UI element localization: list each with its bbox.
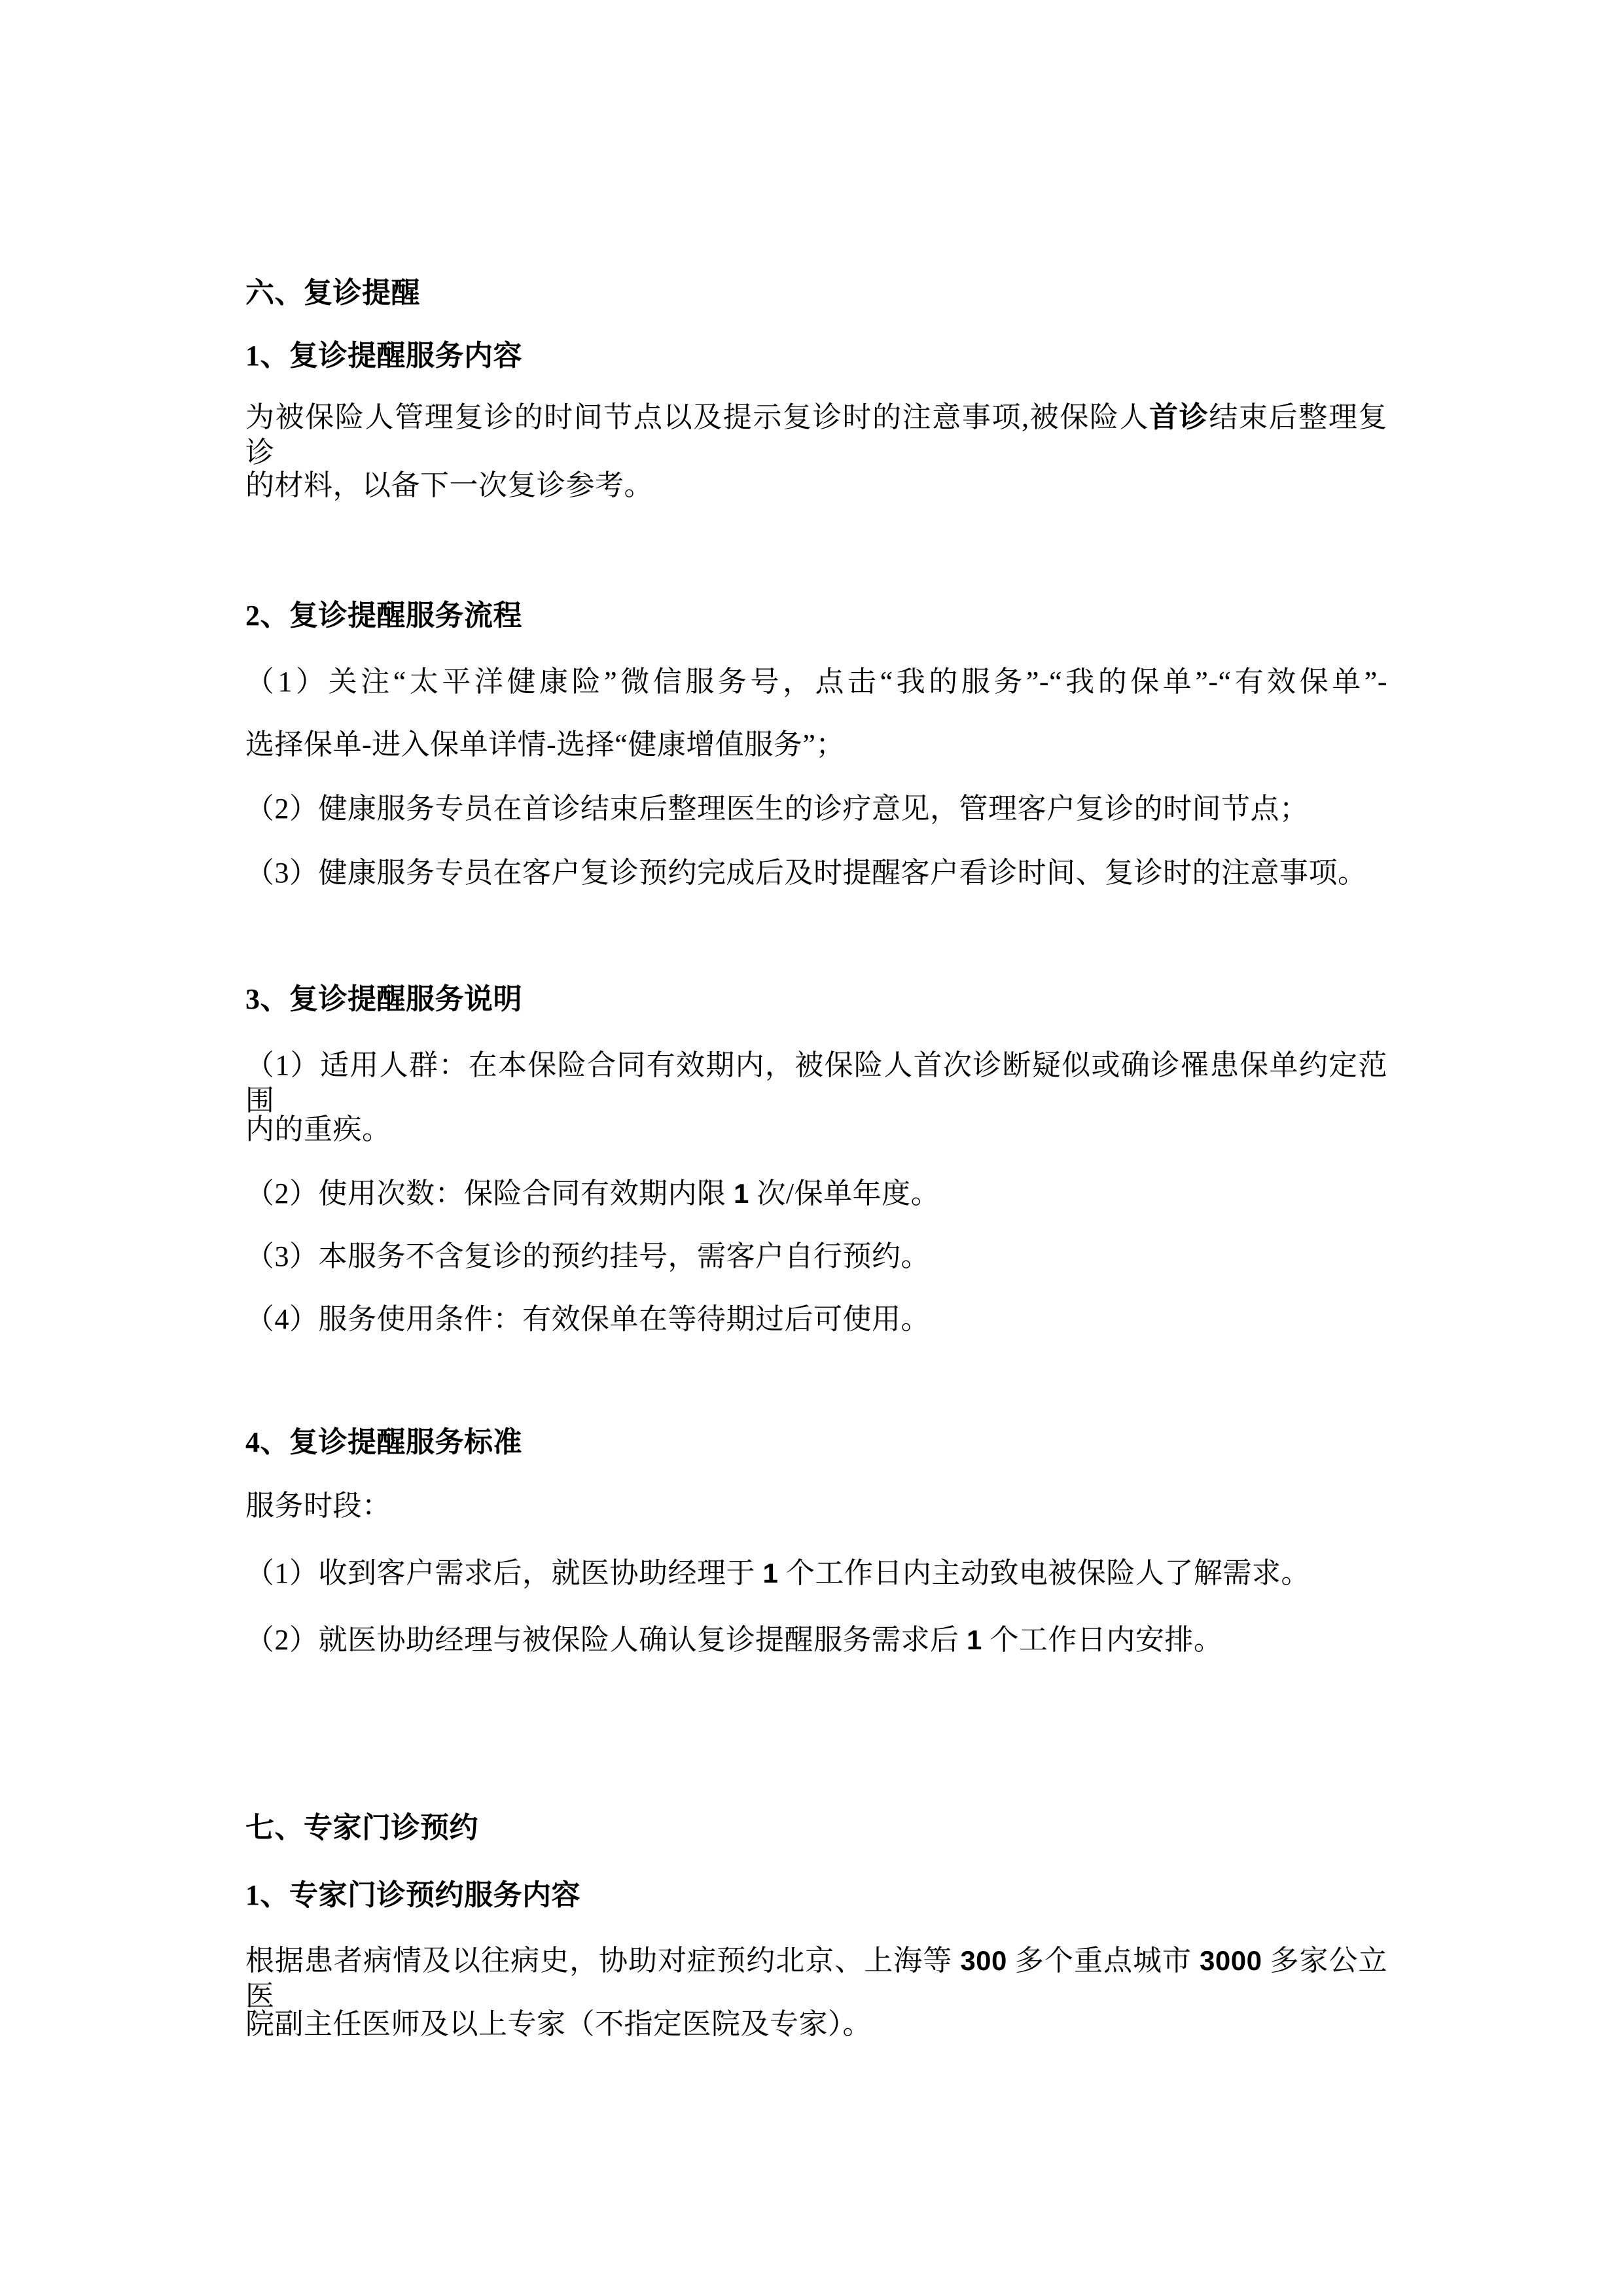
text-run: 根据患者病情及以往病史，协助对症预约北京、上海等 — [245, 1945, 960, 1977]
text-run: （2）使用次数：保险合同有效期内限 — [245, 1177, 734, 1210]
section-6-heading: 六、复诊提醒 — [245, 276, 1387, 311]
list-item-line: （1）适用人群：在本保险合同有效期内，被保险人首次诊断疑似或确诊罹患保单约定范围 — [245, 1048, 1387, 1119]
section-6-sub-3-heading: 3、复诊提醒服务说明 — [245, 982, 1387, 1017]
paragraph-line: 服务时段： — [245, 1488, 1387, 1524]
section-6-sub-1-heading: 1、复诊提醒服务内容 — [245, 338, 1387, 374]
text-run: （2）就医协助经理与被保险人确认复诊提醒服务需求后 — [245, 1624, 967, 1656]
list-item-line: （3）本服务不含复诊的预约挂号，需客户自行预约。 — [245, 1239, 1387, 1274]
document-page: { "page": { "background": "#ffffff", "te… — [0, 0, 1623, 2296]
list-item-line: 选择保单-进入保单详情-选择“健康增值服务”； — [245, 727, 1387, 762]
text-run: 次/保单年度。 — [749, 1177, 940, 1210]
paragraph-line: 根据患者病情及以往病史，协助对症预约北京、上海等 300 多个重点城市 3000… — [245, 1943, 1387, 2014]
paragraph-line: 院副主任医师及以上专家（不指定医院及专家）。 — [245, 2007, 1387, 2042]
text-run: 多个重点城市 — [1007, 1945, 1200, 1977]
list-item-line: （2）健康服务专员在首诊结束后整理医生的诊疗意见，管理客户复诊的时间节点； — [245, 791, 1387, 827]
section-6-sub-4-heading: 4、复诊提醒服务标准 — [245, 1425, 1387, 1460]
paragraph-line: 的材料，以备下一次复诊参考。 — [245, 468, 1387, 503]
text-run: 个工作日内主动致电被保险人了解需求。 — [778, 1557, 1310, 1589]
list-item-line: （2）就医协助经理与被保险人确认复诊提醒服务需求后 1 个工作日内安排。 — [245, 1623, 1387, 1658]
list-item-line: （2）使用次数：保险合同有效期内限 1 次/保单年度。 — [245, 1176, 1387, 1211]
page-background: 六、复诊提醒 1、复诊提醒服务内容 为被保险人管理复诊的时间节点以及提示复诊时的… — [0, 0, 1623, 2296]
number-run: 1 — [763, 1558, 779, 1588]
list-item-line: 内的重疾。 — [245, 1112, 1387, 1147]
list-item-line: （3）健康服务专员在客户复诊预约完成后及时提醒客户看诊时间、复诊时的注意事项。 — [245, 855, 1387, 891]
number-run: 1 — [967, 1624, 982, 1655]
number-run: 3000 — [1200, 1945, 1262, 1976]
list-item-line: （1）收到客户需求后，就医协助经理于 1 个工作日内主动致电被保险人了解需求。 — [245, 1556, 1387, 1591]
section-6-sub-2-heading: 2、复诊提醒服务流程 — [245, 598, 1387, 634]
text-run: 为被保险人管理复诊的时间节点以及提示复诊时的注意事项,被保险人 — [245, 401, 1149, 433]
text-run: （1）收到客户需求后，就医协助经理于 — [245, 1557, 763, 1589]
section-7-sub-1-heading: 1、专家门诊预约服务内容 — [245, 1878, 1387, 1913]
paragraph-line: 为被保险人管理复诊的时间节点以及提示复诊时的注意事项,被保险人首诊结束后整理复诊 — [245, 400, 1387, 471]
section-7-heading: 七、专家门诊预约 — [245, 1810, 1387, 1846]
number-run: 300 — [960, 1945, 1007, 1976]
number-run: 1 — [734, 1178, 749, 1209]
bold-text-run: 首诊 — [1149, 401, 1209, 433]
text-run: 个工作日内安排。 — [982, 1624, 1223, 1656]
list-item-line: （1）关注“太平洋健康险”微信服务号，点击“我的服务”-“我的保单”-“有效保单… — [245, 664, 1387, 700]
list-item-line: （4）服务使用条件：有效保单在等待期过后可使用。 — [245, 1302, 1387, 1337]
